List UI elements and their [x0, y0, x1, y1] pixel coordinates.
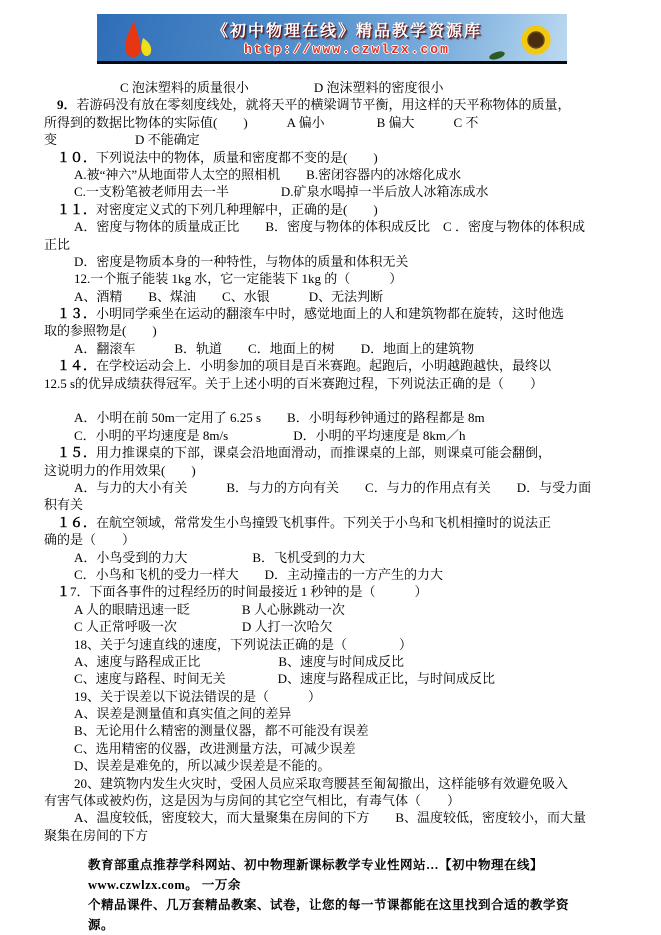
text-line: 18、关于匀速直线的速度，下列说法正确的是（ ） — [44, 636, 619, 653]
exam-page: 《初中物理在线》精品教学资源库 http://www.czwlzx.com — [0, 0, 661, 935]
line-text: 7．下面各事件的过程经历的时间最接近 1 秒钟的是（ ） — [70, 584, 428, 599]
line-text: 这说明力的作用效果( ) — [44, 463, 196, 478]
line-text: 有害气体或被灼伤，这是因为与房间的其它空气相比，有毒气体（ ） — [44, 793, 460, 808]
text-line: 这说明力的作用效果( ) — [44, 462, 619, 479]
text-line: A、温度较低，密度较大，而大量聚集在房间的下方 B、温度较低，密度较小，而大量 — [44, 809, 619, 826]
line-text: B、无论用什么精密的测量仪器，都不可能没有误差 — [74, 723, 369, 738]
question-line: 9．若游码没有放在零刻度线处，就将天平的横梁调节平衡，用这样的天平称物体的质量， — [44, 96, 619, 113]
line-text: A．密度与物体的质量成正比 B．密度与物体的体积成反比 C ．密度与物体的体积成 — [74, 219, 585, 234]
text-line: 有害气体或被灼伤，这是因为与房间的其它空气相比，有毒气体（ ） — [44, 792, 619, 809]
line-text: C、速度与路程、时间无关 D、速度与路程成正比，与时间成反比 — [74, 671, 495, 686]
question-number: １１． — [57, 202, 96, 217]
document-body: C 泡沫塑料的质量很小 D 泡沫塑料的密度很小9．若游码没有放在零刻度线处，就将… — [44, 79, 619, 844]
text-line: 正比 — [44, 236, 619, 253]
site-banner: 《初中物理在线》精品教学资源库 http://www.czwlzx.com — [97, 14, 567, 64]
line-text: 在学校运动会上．小明参加的项目是百米赛跑。起跑后，小明越跑越快，最终以 — [96, 358, 551, 373]
line-text: A 人的眼睛迅速一眨 B 人心脉跳动一次 — [74, 602, 345, 617]
question-number: １０． — [57, 150, 96, 165]
question-line: １０．下列说法中的物体，质量和密度都不变的是( ) — [44, 149, 619, 166]
text-line: A、速度与路程成正比 B、速度与时间成反比 — [44, 653, 619, 670]
line-text — [44, 393, 47, 408]
text-line: A．小鸟受到的力大 B．飞机受到的力大 — [44, 549, 619, 566]
text-line: A．小明在前 50m一定用了 6.25 s B．小明每秒钟通过的路程都是 8m — [44, 409, 619, 426]
banner-url: http://www.czwlzx.com — [244, 42, 450, 57]
question-number: １６． — [57, 515, 96, 530]
footer-line2: 个精品课件、几万套精品教案、试卷，让您的每一节课都能在这里找到合适的教学资源。 — [88, 895, 593, 935]
line-text: A．与力的大小有关 B．与力的方向有关 C．与力的作用点有关 D．与受力面 — [74, 480, 591, 495]
text-line: A．与力的大小有关 B．与力的方向有关 C．与力的作用点有关 D．与受力面 — [44, 479, 619, 496]
text-line: 所得到的数据比物体的实际值( ) A 偏小 B 偏大 C 不 — [44, 114, 619, 131]
line-text: 19、关于误差以下说法错误的是（ ） — [74, 689, 321, 704]
line-text: 若游码没有放在零刻度线处，就将天平的横梁调节平衡，用这样的天平称物体的质量， — [77, 97, 571, 112]
line-text: 变 D 不能确定 — [44, 132, 200, 147]
text-line: 变 D 不能确定 — [44, 131, 619, 148]
line-text: 12.一个瓶子能装 1kg 水，它一定能装下 1kg 的（ ） — [74, 271, 402, 286]
question-number: １５． — [57, 445, 96, 460]
text-line: 取的参照物是( ) — [44, 322, 619, 339]
line-text: A.被“神六”从地面带人太空的照相机 B.密闭容器内的冰熔化成水 — [74, 167, 461, 182]
text-line: C 泡沫塑料的质量很小 D 泡沫塑料的密度很小 — [44, 79, 619, 96]
sunflower-icon — [505, 14, 567, 64]
line-text: 下列说法中的物体，质量和密度都不变的是( ) — [96, 150, 378, 165]
line-text: 用力推课桌的下部，课桌会沿地面滑动，而推课桌的上部，则课桌可能会翻倒， — [96, 445, 551, 460]
question-number: 9． — [57, 97, 77, 112]
question-number: １４． — [57, 358, 96, 373]
text-line: D、误差是难免的，所以减少误差是不能的。 — [44, 757, 619, 774]
text-line: C.一支粉笔被老师用去一半 D.矿泉水喝掉一半后放人冰箱冻成水 — [44, 183, 619, 200]
question-line: １7．下面各事件的过程经历的时间最接近 1 秒钟的是（ ） — [44, 583, 619, 600]
text-line: 20、建筑物内发生火灾时，受困人员应采取弯腰甚至匍匐撤出，这样能够有效避免吸入 — [44, 775, 619, 792]
line-text: 12.5 s的优异成绩获得冠军。关于上述小明的百米赛跑过程，下列说法正确的是（ … — [44, 376, 543, 391]
text-line: 12.一个瓶子能装 1kg 水，它一定能装下 1kg 的（ ） — [44, 270, 619, 287]
line-text: D．密度是物质本身的一种特性，与物体的质量和体积无关 — [74, 254, 408, 269]
text-line: C．小明的平均速度是 8m/s D．小明的平均速度是 8km／h — [44, 427, 619, 444]
question-number: １３． — [57, 306, 96, 321]
line-text: 取的参照物是( ) — [44, 323, 157, 338]
line-text: 确的是（ ） — [44, 532, 135, 547]
line-text: 在航空领域，常常发生小鸟撞毁飞机事件。下列关于小鸟和飞机相撞时的说法正 — [96, 515, 551, 530]
question-line: １６．在航空领域，常常发生小鸟撞毁飞机事件。下列关于小鸟和飞机相撞时的说法正 — [44, 514, 619, 531]
footer: 教育部重点推荐学科网站、初中物理新课标教学专业性网站…【初中物理在线】www.c… — [88, 855, 593, 935]
text-line: A 人的眼睛迅速一眨 B 人心脉跳动一次 — [44, 601, 619, 618]
line-text: C 泡沫塑料的质量很小 D 泡沫塑料的密度很小 — [120, 80, 444, 95]
text-line: A.被“神六”从地面带人太空的照相机 B.密闭容器内的冰熔化成水 — [44, 166, 619, 183]
text-line: 聚集在房间的下方 — [44, 827, 619, 844]
line-text: 18、关于匀速直线的速度，下列说法正确的是（ ） — [74, 637, 412, 652]
line-text: D、误差是难免的，所以减少误差是不能的。 — [74, 758, 330, 773]
text-line: 12.5 s的优异成绩获得冠军。关于上述小明的百米赛跑过程，下列说法正确的是（ … — [44, 375, 619, 392]
line-text: C.一支粉笔被老师用去一半 D.矿泉水喝掉一半后放人冰箱冻成水 — [74, 184, 489, 199]
line-text: 正比 — [44, 237, 70, 252]
text-line: B、无论用什么精密的测量仪器，都不可能没有误差 — [44, 722, 619, 739]
line-text: C、选用精密的仪器，改进测量方法，可减少误差 — [74, 741, 356, 756]
logo-flame-icon — [97, 14, 167, 61]
footer-line1: 教育部重点推荐学科网站、初中物理新课标教学专业性网站…【初中物理在线】www.c… — [88, 855, 593, 895]
text-line: C、选用精密的仪器，改进测量方法，可减少误差 — [44, 740, 619, 757]
text-line: A、酒精 B、煤油 C、水银 D、无法判断 — [44, 288, 619, 305]
question-line: １５．用力推课桌的下部，课桌会沿地面滑动，而推课桌的上部，则课桌可能会翻倒， — [44, 444, 619, 461]
text-line: A．密度与物体的质量成正比 B．密度与物体的体积成反比 C ．密度与物体的体积成 — [44, 218, 619, 235]
text-line: C．小鸟和飞机的受力一样大 D．主动撞击的一方产生的力大 — [44, 566, 619, 583]
line-text: A、误差是测量值和真实值之间的差异 — [74, 706, 291, 721]
line-text: A．翻滚车 B．轨道 C．地面上的树 D．地面上的建筑物 — [74, 341, 474, 356]
text-line: C、速度与路程、时间无关 D、速度与路程成正比，与时间成反比 — [44, 670, 619, 687]
line-text: A、温度较低，密度较大，而大量聚集在房间的下方 B、温度较低，密度较小，而大量 — [74, 810, 586, 825]
text-line: A．翻滚车 B．轨道 C．地面上的树 D．地面上的建筑物 — [44, 340, 619, 357]
question-line: １４．在学校运动会上．小明参加的项目是百米赛跑。起跑后，小明越跑越快，最终以 — [44, 357, 619, 374]
text-line: C 人正常呼吸一次 D 人打一次哈欠 — [44, 618, 619, 635]
line-text: A．小明在前 50m一定用了 6.25 s B．小明每秒钟通过的路程都是 8m — [74, 410, 485, 425]
question-line: １３．小明同学乘坐在运动的翻滚车中时，感觉地面上的人和建筑物都在旋转，这时他选 — [44, 305, 619, 322]
line-text: A、速度与路程成正比 B、速度与时间成反比 — [74, 654, 404, 669]
line-text: A．小鸟受到的力大 B．飞机受到的力大 — [74, 550, 365, 565]
text-line: D．密度是物质本身的一种特性，与物体的质量和体积无关 — [44, 253, 619, 270]
text-line: 确的是（ ） — [44, 531, 619, 548]
line-text: 积有关 — [44, 497, 83, 512]
line-text: 20、建筑物内发生火灾时，受困人员应采取弯腰甚至匍匐撤出，这样能够有效避免吸入 — [74, 776, 568, 791]
line-text: 小明同学乘坐在运动的翻滚车中时，感觉地面上的人和建筑物都在旋转，这时他选 — [96, 306, 564, 321]
text-line: 19、关于误差以下说法错误的是（ ） — [44, 688, 619, 705]
text-line: 积有关 — [44, 496, 619, 513]
line-text: 所得到的数据比物体的实际值( ) A 偏小 B 偏大 C 不 — [44, 115, 478, 130]
line-text: C 人正常呼吸一次 D 人打一次哈欠 — [74, 619, 333, 634]
question-line: １１．对密度定义式的下列几种理解中，正确的是( ) — [44, 201, 619, 218]
line-text: C．小明的平均速度是 8m/s D．小明的平均速度是 8km／h — [74, 428, 465, 443]
line-text: A、酒精 B、煤油 C、水银 D、无法判断 — [74, 289, 383, 304]
banner-title: 《初中物理在线》精品教学资源库 — [212, 18, 482, 41]
line-text: C．小鸟和飞机的受力一样大 D．主动撞击的一方产生的力大 — [74, 567, 443, 582]
line-text: 聚集在房间的下方 — [44, 828, 148, 843]
text-line: A、误差是测量值和真实值之间的差异 — [44, 705, 619, 722]
question-number: １ — [57, 584, 70, 599]
line-text: 对密度定义式的下列几种理解中，正确的是( ) — [96, 202, 378, 217]
text-line — [44, 392, 619, 409]
